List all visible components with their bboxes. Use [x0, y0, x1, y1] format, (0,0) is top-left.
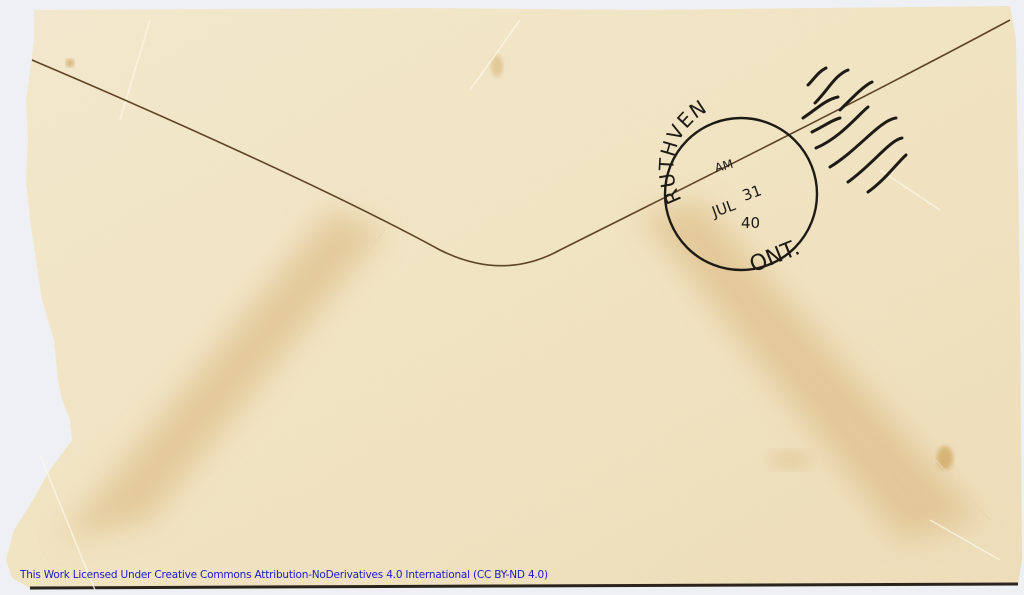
license-caption: This Work Licensed Under Creative Common…	[20, 569, 548, 581]
envelope-scan: RUTHVEN AM JUL 31 40 ONT.	[0, 0, 1024, 595]
postmark-year: 40	[741, 214, 760, 232]
